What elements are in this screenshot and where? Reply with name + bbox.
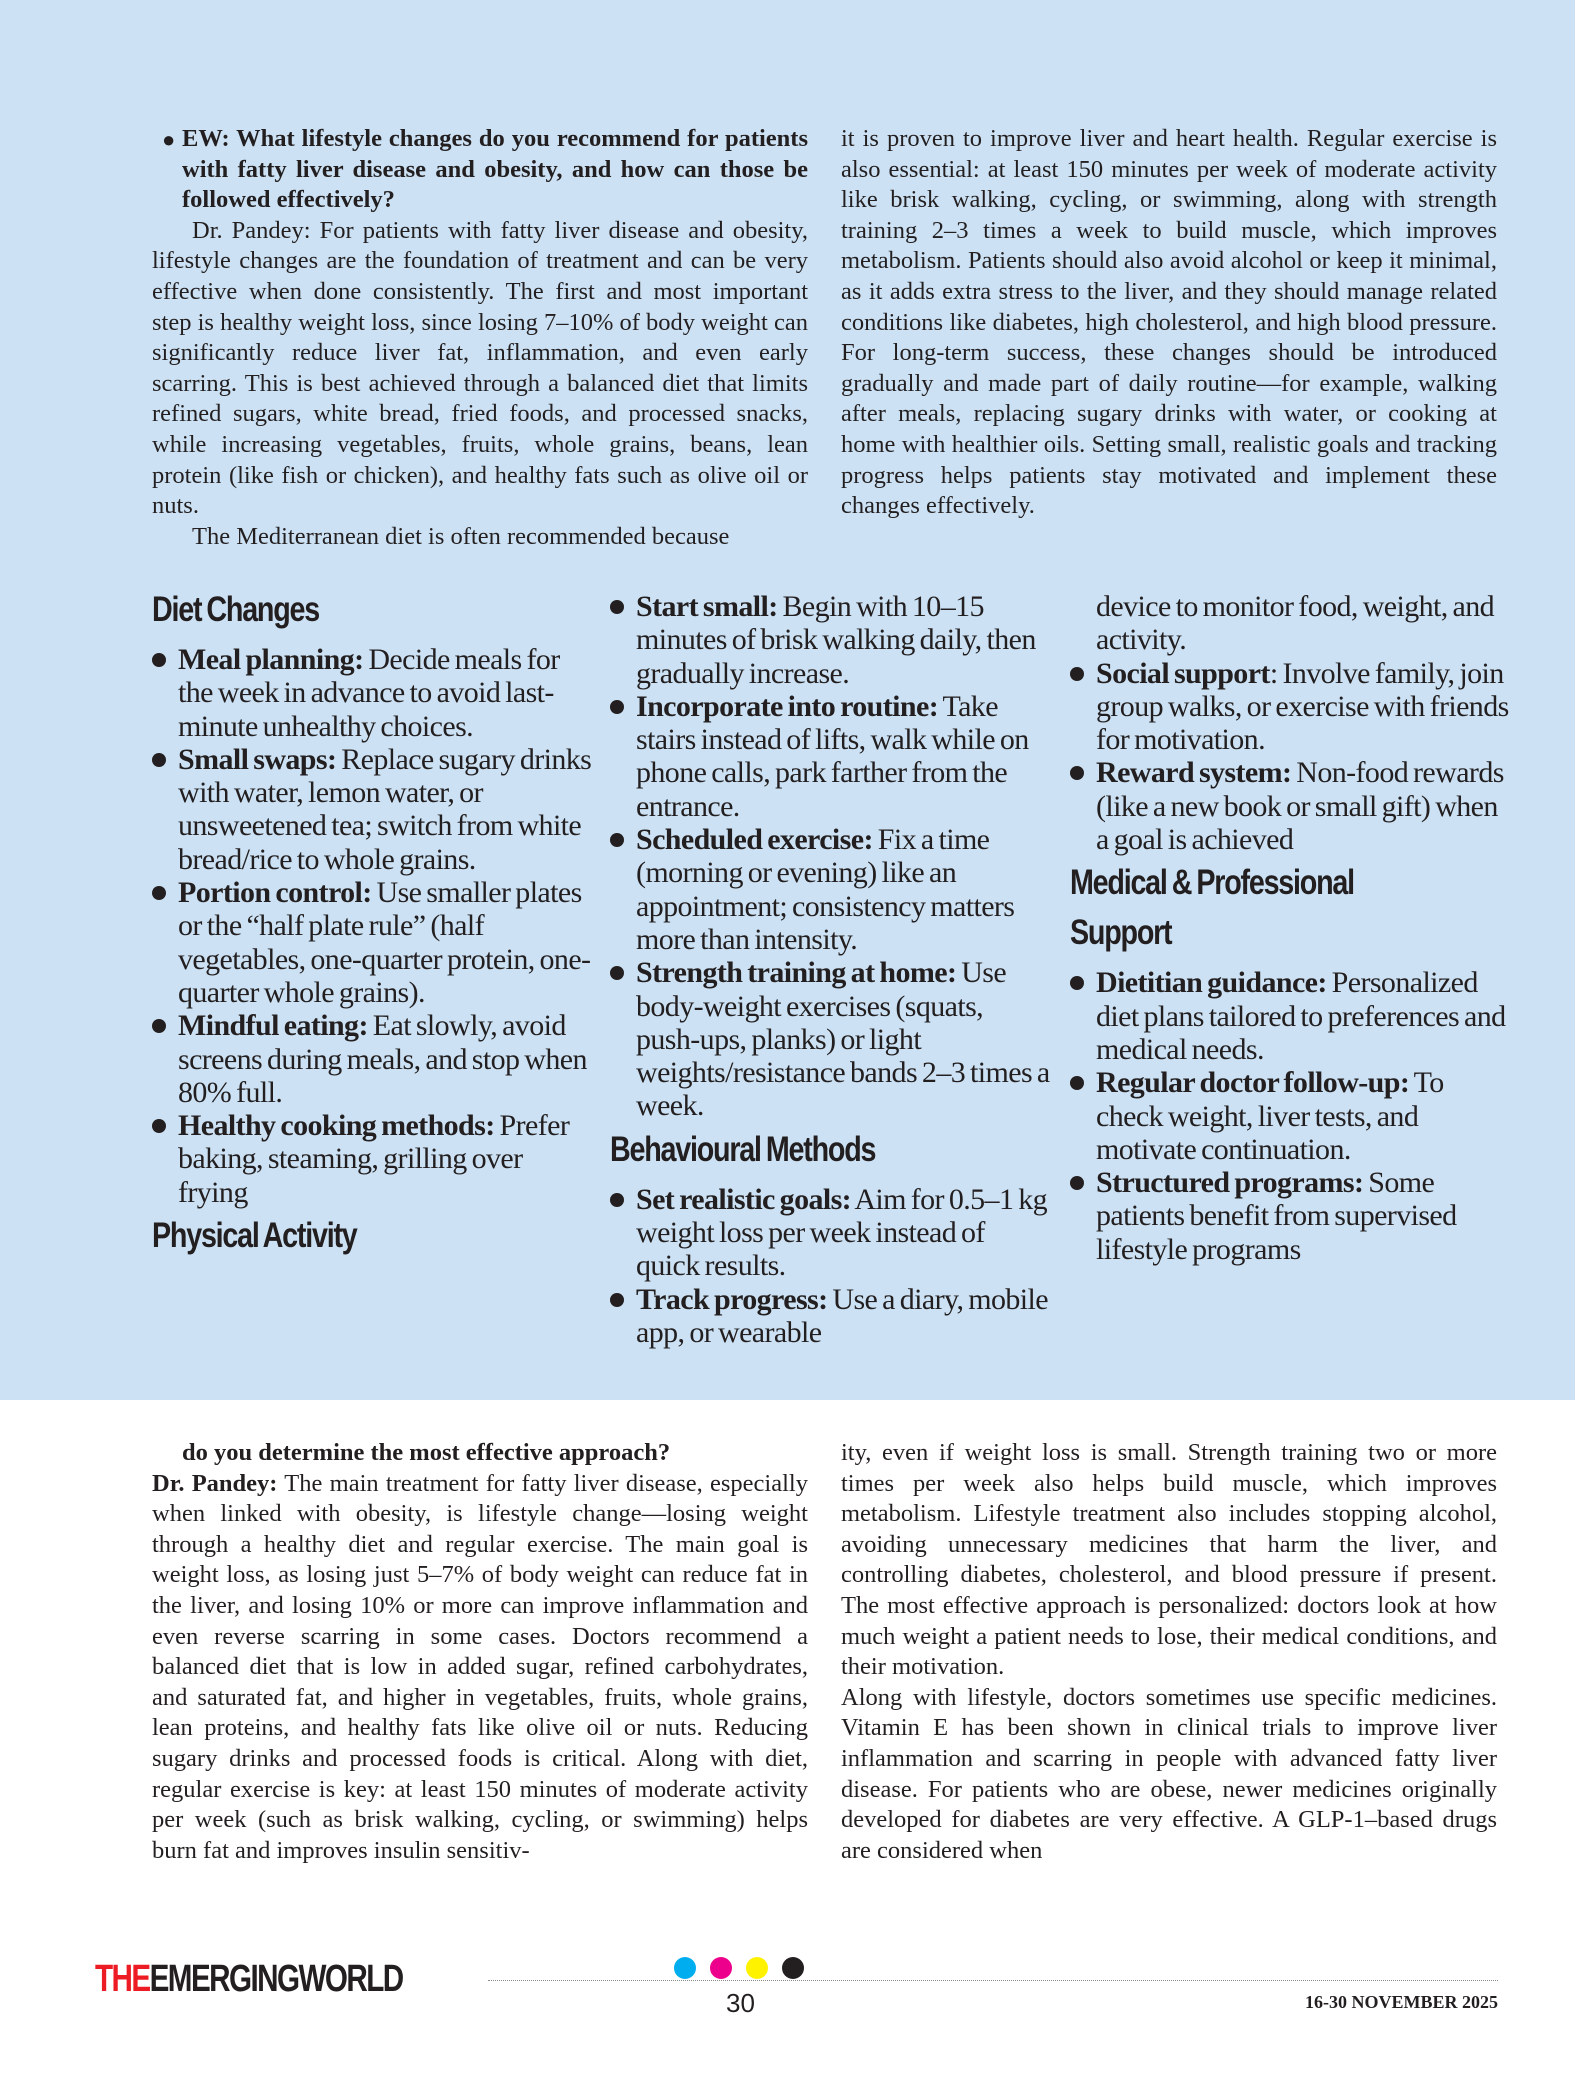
bullet-icon bbox=[610, 966, 624, 980]
box-column-2: Start small: Begin with 10–15 minutes of… bbox=[610, 590, 1050, 1349]
bullet-icon bbox=[610, 700, 624, 714]
page-number: 30 bbox=[726, 1988, 755, 2019]
registration-marks bbox=[674, 1957, 804, 1979]
list-item: Incorporate into routine: Take stairs in… bbox=[610, 690, 1050, 823]
bullet-icon bbox=[1070, 1176, 1084, 1190]
list-item: Track progress: Use a diary, mobile app,… bbox=[610, 1283, 1050, 1350]
list-item: Scheduled exercise: Fix a time (morning … bbox=[610, 823, 1050, 956]
bullet-icon bbox=[610, 833, 624, 847]
list-item: Healthy cooking methods: Prefer baking, … bbox=[152, 1109, 592, 1209]
bullet-icon bbox=[610, 600, 624, 614]
bullet-icon bbox=[152, 653, 166, 667]
list-item: Regular doctor follow-up: To check weigh… bbox=[1070, 1066, 1510, 1166]
bullet-icon bbox=[610, 1293, 624, 1307]
bullet-icon bbox=[1070, 766, 1084, 780]
diet-list: Meal planning: Decide meals for the week… bbox=[152, 643, 592, 1209]
bullet-icon bbox=[152, 1019, 166, 1033]
list-item-continued: device to monitor food, weight, and acti… bbox=[1070, 590, 1510, 657]
top-right-column: it is proven to improve liver and heart … bbox=[841, 124, 1497, 522]
section-heading-medical-line1: Medical & Professional bbox=[1070, 858, 1431, 908]
bottom-left-column: do you determine the most effective appr… bbox=[152, 1438, 808, 1866]
list-item: Structured programs: Some patients benef… bbox=[1070, 1166, 1510, 1266]
list-item: Small swaps: Replace sugary drinks with … bbox=[152, 743, 592, 876]
section-heading-physical-activity: Physical Activity bbox=[152, 1211, 513, 1261]
answer-paragraph-2-start: The Mediterranean diet is often recommen… bbox=[152, 522, 808, 553]
list-item: Set realistic goals: Aim for 0.5–1 kg we… bbox=[610, 1183, 1050, 1283]
cyan-dot-icon bbox=[674, 1957, 696, 1979]
black-dot-icon bbox=[782, 1957, 804, 1979]
bullet-icon bbox=[152, 886, 166, 900]
section-heading-medical-line2: Support bbox=[1070, 908, 1431, 958]
list-item: Reward system: Non-food rewards (like a … bbox=[1070, 756, 1510, 856]
answer-paragraph-continued: ity, even if weight loss is small. Stren… bbox=[841, 1438, 1497, 1683]
answer-paragraph-2-continued: it is proven to improve liver and heart … bbox=[841, 124, 1497, 522]
bullet-icon bbox=[1070, 1076, 1084, 1090]
list-item: Meal planning: Decide meals for the week… bbox=[152, 643, 592, 743]
list-item: Portion control: Use smaller plates or t… bbox=[152, 876, 592, 1009]
bullet-icon: ● bbox=[162, 125, 175, 156]
magenta-dot-icon bbox=[710, 1957, 732, 1979]
interview-question: ● EW: What lifestyle changes do you reco… bbox=[152, 124, 808, 216]
bullet-icon bbox=[1070, 667, 1084, 681]
top-left-column: ● EW: What lifestyle changes do you reco… bbox=[152, 124, 808, 552]
answer-paragraph: Dr. Pandey: The main treatment for fatty… bbox=[152, 1469, 808, 1867]
yellow-dot-icon bbox=[746, 1957, 768, 1979]
section-heading-diet: Diet Changes bbox=[152, 585, 513, 635]
list-item: Mindful eating: Eat slowly, avoid screen… bbox=[152, 1009, 592, 1109]
bullet-icon bbox=[152, 1119, 166, 1133]
list-item: Start small: Begin with 10–15 minutes of… bbox=[610, 590, 1050, 690]
answer-paragraph-3: Along with lifestyle, doctors sometimes … bbox=[841, 1683, 1497, 1867]
bullet-icon bbox=[1070, 976, 1084, 990]
list-item: Strength training at home: Use body-weig… bbox=[610, 956, 1050, 1122]
bottom-right-column: ity, even if weight loss is small. Stren… bbox=[841, 1438, 1497, 1866]
publication-logo: THEEMERGINGWORLD bbox=[95, 1958, 403, 2001]
footer-divider bbox=[488, 1980, 1498, 1981]
interview-question-tail: do you determine the most effective appr… bbox=[152, 1438, 808, 1469]
box-column-1: Diet Changes Meal planning: Decide meals… bbox=[152, 585, 592, 1261]
bullet-icon bbox=[152, 753, 166, 767]
box-column-3: device to monitor food, weight, and acti… bbox=[1070, 590, 1510, 1266]
behavioural-list-continued: Social support: Involve family, join gro… bbox=[1070, 657, 1510, 857]
bullet-icon bbox=[610, 1193, 624, 1207]
list-item: Social support: Involve family, join gro… bbox=[1070, 657, 1510, 757]
speaker-label: Dr. Pandey: bbox=[152, 1470, 277, 1497]
list-item: Dietitian guidance: Personalized diet pl… bbox=[1070, 966, 1510, 1066]
medical-list: Dietitian guidance: Personalized diet pl… bbox=[1070, 966, 1510, 1266]
behavioural-list: Set realistic goals: Aim for 0.5–1 kg we… bbox=[610, 1183, 1050, 1349]
answer-paragraph: Dr. Pandey: For patients with fatty live… bbox=[152, 216, 808, 522]
issue-date: 16-30 NOVEMBER 2025 bbox=[1305, 1992, 1498, 2013]
section-heading-behavioural: Behavioural Methods bbox=[610, 1125, 971, 1175]
physical-activity-list: Start small: Begin with 10–15 minutes of… bbox=[610, 590, 1050, 1123]
